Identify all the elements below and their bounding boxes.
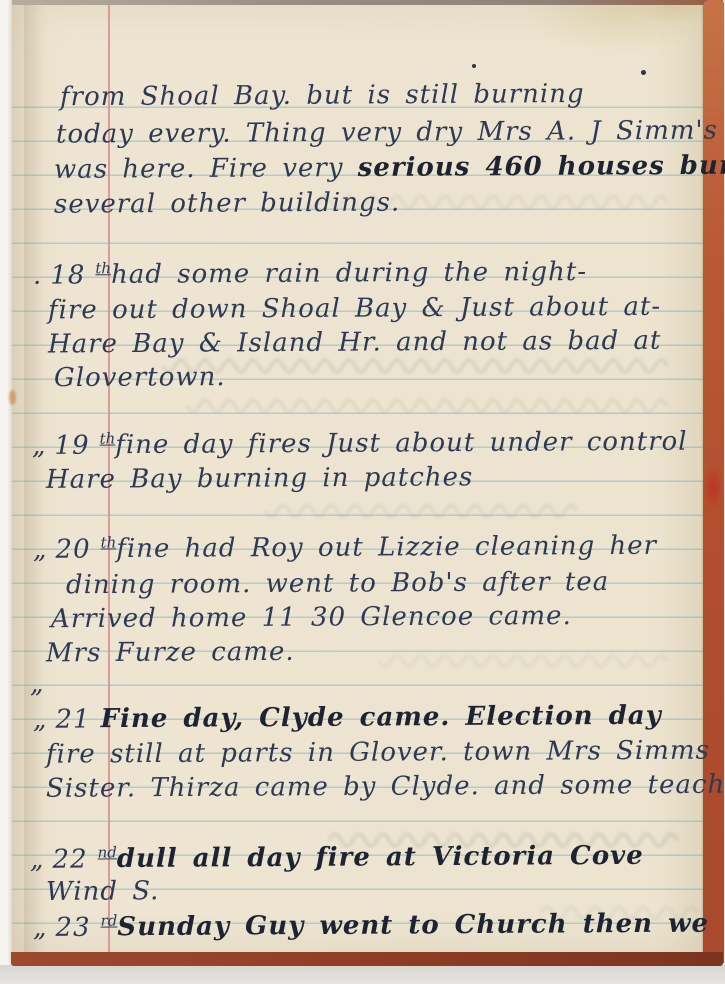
ordinal-superscript: th (95, 259, 111, 277)
diary-line: from Shoal Bay. but is still burning (42, 78, 585, 112)
ordinal-superscript: th (100, 533, 116, 551)
scanned-diary-page: from Shoal Bay. but is still burning tod… (0, 0, 725, 984)
ink-speck (641, 70, 646, 75)
page-top-edge (12, 0, 723, 5)
diary-line: was here. Fire very serious 460 houses b… (36, 150, 725, 185)
diary-line: fire out down Shoal Bay & Just about at- (30, 291, 661, 326)
ordinal-superscript: nd (97, 843, 116, 861)
scanner-background-bottom (0, 965, 725, 984)
diary-line: Hare Bay burning in patches (28, 462, 473, 495)
diary-line: several other buildings. (36, 187, 400, 220)
diary-line: Mrs Furze came. (28, 636, 295, 668)
diary-line: „21Fine day, Clyde came. Election day (33, 700, 662, 734)
book-bottom-edge (11, 952, 723, 966)
ordinal-superscript: rd (100, 912, 117, 930)
diary-line: dining room. went to Bob's after tea (48, 566, 609, 600)
diary-line: Glovertown. (36, 361, 226, 393)
diary-line: Hare Bay & Island Hr. and not as bad at (30, 325, 662, 360)
diary-line: .18thhad some rain during the night- (33, 256, 587, 290)
diary-line: „20thfine had Roy out Lizzie cleaning he… (33, 530, 657, 564)
diary-line: Arrived home 11 30 Glencoe came. (33, 600, 572, 634)
ordinal-superscript: th (99, 429, 115, 447)
diary-line: „19thfine day fires Just about under con… (32, 426, 688, 461)
diary-line: „ (30, 668, 63, 699)
diary-line: today every. Thing very dry Mrs A. J Sim… (38, 115, 718, 150)
diary-line: „22nddull all day fire at Victoria Cove (30, 840, 644, 874)
edge-stain (9, 390, 16, 405)
ink-speck (472, 64, 476, 68)
diary-line: Wind S. (28, 876, 160, 907)
diary-line: „23rdSunday Guy went to Church then we (33, 908, 709, 943)
diary-line: fire still at parts in Glover. town Mrs … (28, 735, 710, 770)
diary-line: Sister. Thirza came by Clyde. and some t… (28, 769, 725, 804)
